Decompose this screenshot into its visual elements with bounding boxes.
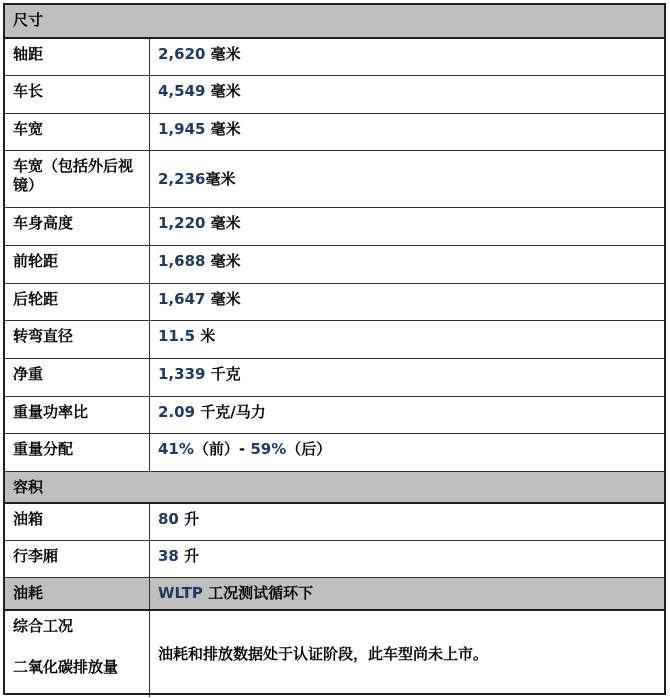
value-number: 2.09 <box>158 403 195 421</box>
section-title: 尺寸 <box>5 5 664 37</box>
section-title: 油耗 <box>5 578 150 609</box>
value-number: 11.5 <box>158 327 195 345</box>
value-unit: 千克 <box>205 365 240 383</box>
value-unit: 千克/马力 <box>195 403 266 421</box>
value-unit: 毫米 <box>205 170 235 189</box>
spec-label: 轴距 <box>5 39 150 75</box>
section-header-dimensions: 尺寸 <box>5 5 664 37</box>
value-number: 1,220 <box>158 214 205 232</box>
spec-row-front-track: 前轮距 1,688 毫米 <box>5 245 664 283</box>
value-number: 4,549 <box>158 82 205 100</box>
spec-value: 38 升 <box>150 541 664 577</box>
section-header-fuel-consumption: 油耗 WLTP 工况测试循环下 <box>5 577 664 609</box>
spec-row-curb-weight: 净重 1,339 千克 <box>5 358 664 396</box>
spec-label: 车身高度 <box>5 208 150 245</box>
spec-label: 行李厢 <box>5 541 150 577</box>
spec-value: 2.09 千克/马力 <box>150 397 664 433</box>
spec-label: 净重 <box>5 359 150 396</box>
spec-label: 车长 <box>5 76 150 113</box>
spec-value: 油耗和排放数据处于认证阶段，此车型尚未上市。 <box>150 611 664 697</box>
spec-label: 综合工况 二氧化碳排放量 <box>5 611 150 697</box>
value-number: 1,945 <box>158 120 205 138</box>
value-number-front: 41% <box>158 440 194 458</box>
spec-label: 后轮距 <box>5 284 150 320</box>
spec-row-weight-distribution: 重量分配 41%（前）- 59%（后） <box>5 433 664 471</box>
spec-value: 1,945 毫米 <box>150 114 664 150</box>
section-header-capacity: 容积 <box>5 471 664 502</box>
spec-value: 1,339 千克 <box>150 359 664 396</box>
wltp-suffix: 工况测试循环下 <box>203 584 313 602</box>
spec-row-turning-circle: 转弯直径 11.5 米 <box>5 320 664 358</box>
spec-row-weight-power-ratio: 重量功率比 2.09 千克/马力 <box>5 396 664 433</box>
value-number: 38 <box>158 547 179 565</box>
spec-table: 尺寸 轴距 2,620 毫米 车长 4,549 毫米 车宽 1,945 毫米 车… <box>3 3 666 695</box>
section-title: 容积 <box>5 472 664 502</box>
wltp-text: WLTP <box>158 584 203 602</box>
value-unit: 毫米 <box>205 252 240 270</box>
spec-row-fuel-tank: 油箱 80 升 <box>5 502 664 540</box>
value-number: 2,236 <box>158 170 205 189</box>
label-combined-cycle: 综合工况 <box>13 617 141 636</box>
value-number: 80 <box>158 510 179 528</box>
spec-label: 油箱 <box>5 504 150 540</box>
value-number: 1,647 <box>158 290 205 308</box>
spec-value: 4,549 毫米 <box>150 76 664 113</box>
spec-row-height: 车身高度 1,220 毫米 <box>5 207 664 245</box>
spec-row-combined-co2: 综合工况 二氧化碳排放量 油耗和排放数据处于认证阶段，此车型尚未上市。 <box>5 609 664 697</box>
spec-label: 车宽 <box>5 114 150 150</box>
spec-value: 2,620 毫米 <box>150 39 664 75</box>
spec-value: 1,220 毫米 <box>150 208 664 245</box>
value-number: 1,688 <box>158 252 205 270</box>
certification-note: 油耗和排放数据处于认证阶段，此车型尚未上市。 <box>158 645 488 664</box>
spec-row-rear-track: 后轮距 1,647 毫米 <box>5 283 664 320</box>
value-unit: 升 <box>179 510 199 528</box>
label-co2-emissions: 二氧化碳排放量 <box>13 658 141 677</box>
spec-value: 2,236 毫米 <box>150 151 664 207</box>
spec-row-wheelbase: 轴距 2,620 毫米 <box>5 37 664 75</box>
spec-row-luggage: 行李厢 38 升 <box>5 540 664 577</box>
spec-label: 转弯直径 <box>5 321 150 358</box>
value-unit: 升 <box>179 547 199 565</box>
value-unit: 毫米 <box>205 214 240 232</box>
spec-label: 前轮距 <box>5 246 150 283</box>
spec-row-width: 车宽 1,945 毫米 <box>5 113 664 150</box>
spec-value: 80 升 <box>150 504 664 540</box>
value-unit: 毫米 <box>205 82 240 100</box>
spec-value: 41%（前）- 59%（后） <box>150 434 664 471</box>
value-unit: 毫米 <box>205 45 240 63</box>
spec-label: 车宽（包括外后视镜） <box>5 151 150 207</box>
section-subtitle: WLTP 工况测试循环下 <box>150 578 664 609</box>
spec-label: 重量分配 <box>5 434 150 471</box>
spec-value: 1,688 毫米 <box>150 246 664 283</box>
value-text-front: （前）- <box>194 440 250 458</box>
spec-label: 重量功率比 <box>5 397 150 433</box>
value-number: 2,620 <box>158 45 205 63</box>
value-text-rear: （后） <box>286 440 331 458</box>
spec-row-length: 车长 4,549 毫米 <box>5 75 664 113</box>
value-number-rear: 59% <box>250 440 286 458</box>
value-unit: 毫米 <box>205 290 240 308</box>
value-unit: 米 <box>195 327 215 345</box>
spec-row-width-with-mirrors: 车宽（包括外后视镜） 2,236 毫米 <box>5 150 664 207</box>
spec-value: 11.5 米 <box>150 321 664 358</box>
value-unit: 毫米 <box>205 120 240 138</box>
value-number: 1,339 <box>158 365 205 383</box>
spec-value: 1,647 毫米 <box>150 284 664 320</box>
